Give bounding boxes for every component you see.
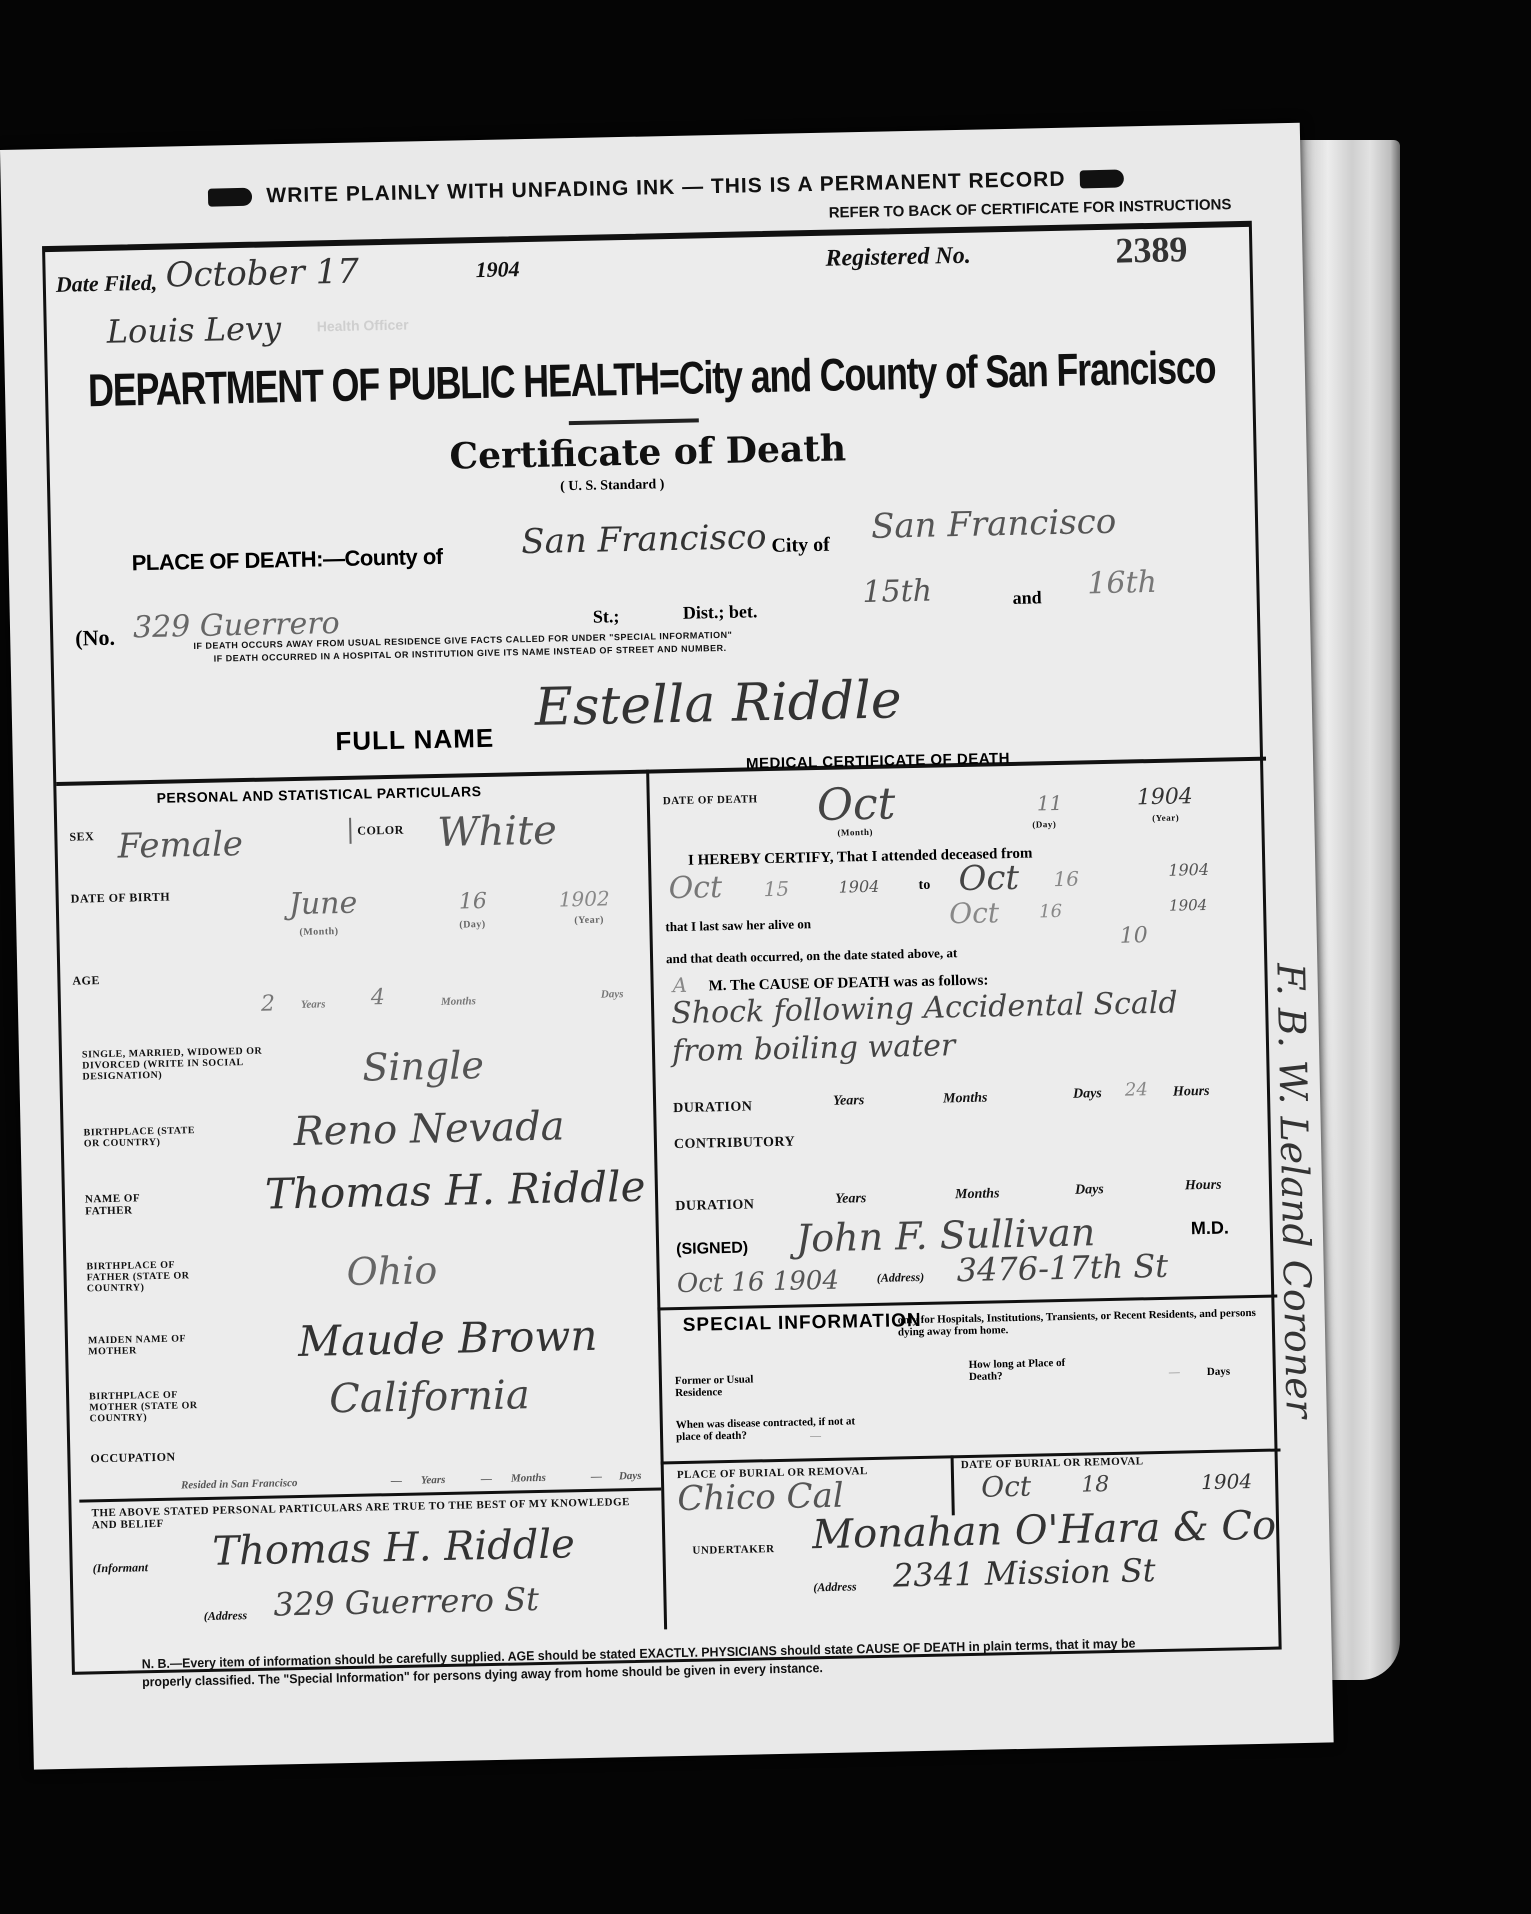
duration-2-hours-caption: Hours (1185, 1178, 1222, 1195)
special-heading: SPECIAL INFORMATION (683, 1310, 922, 1337)
date-filed-year: 1904 (475, 256, 520, 283)
color-value: White (437, 807, 557, 855)
contracted-value: — (810, 1430, 821, 1442)
mother-birthplace-value: California (329, 1372, 530, 1422)
dod-label: DATE OF DEATH (663, 793, 758, 807)
us-standard: ( U. S. Standard ) (560, 477, 665, 495)
color-label: COLOR (357, 823, 404, 839)
resided-months: — (481, 1473, 492, 1485)
burial-date-day: 18 (1081, 1472, 1110, 1498)
street-number-label: (No. (75, 625, 115, 652)
attended-from-day: 15 (763, 877, 789, 902)
health-officer-signature: Louis Levy (106, 309, 281, 351)
duration-2-days-caption: Days (1075, 1182, 1104, 1199)
city-label: City of (771, 534, 830, 558)
department-title: DEPARTMENT OF PUBLIC HEALTH=City and Cou… (87, 340, 1215, 418)
age-years-caption: Years (301, 998, 326, 1011)
duration-days-caption: Days (1073, 1086, 1102, 1103)
resided-days-caption: Days (619, 1470, 642, 1482)
duration-days-value: 24 (1125, 1079, 1148, 1100)
certificate-title: Certificate of Death (449, 427, 846, 477)
mother-birthplace-label: BIRTHPLACE OF MOTHER (State or Country) (89, 1389, 220, 1425)
burial-date-year: 1904 (1201, 1469, 1252, 1494)
age-months: 4 (371, 985, 386, 1010)
health-officer-label: Health Officer (317, 316, 409, 334)
undertaker-label: UNDERTAKER (692, 1543, 774, 1557)
date-filed-label: Date Filed, (56, 270, 158, 298)
street-label: St.; (593, 606, 620, 628)
age-label: AGE (72, 973, 100, 989)
sex-value: Female (117, 824, 243, 867)
district-label: Dist.; bet. (683, 601, 758, 624)
dob-label: DATE OF BIRTH (71, 890, 171, 907)
age-years: 2 (261, 991, 276, 1016)
attended-to-year: 1904 (1168, 860, 1209, 880)
section-divider (56, 757, 1266, 786)
and-label: and (1012, 587, 1041, 609)
attended-from-year: 1904 (838, 877, 879, 897)
burial-date-label: DATE of BURIAL or REMOVAL (961, 1455, 1144, 1471)
birthplace-value: Reno Nevada (293, 1103, 565, 1155)
last-saw-month: Oct (949, 896, 1000, 930)
pointing-hand-icon (1080, 170, 1124, 189)
birthplace-label: BIRTHPLACE (State or Country) (83, 1125, 203, 1150)
cause-of-death: Shock following Accidental Scald from bo… (671, 983, 1232, 1071)
attended-to-day: 16 (1053, 867, 1079, 892)
place-of-death-label: PLACE OF DEATH:—County of (131, 544, 442, 577)
personal-heading: PERSONAL AND STATISTICAL PARTICULARS (156, 783, 481, 806)
dod-month: Oct (816, 778, 895, 831)
father-value: Thomas H. Riddle (264, 1162, 646, 1219)
coroner-margin-note: F. B. W. Leland Coroner (1268, 963, 1322, 1419)
pointing-hand-icon (207, 188, 251, 207)
resided-years: — (391, 1475, 402, 1487)
occupation-label: OCCUPATION (90, 1450, 176, 1467)
father-birthplace-label: BIRTHPLACE OF FATHER (State or Country) (86, 1259, 217, 1295)
duration-hours-caption: Hours (1173, 1084, 1210, 1101)
full-name-label: FULL NAME (335, 723, 494, 757)
contributory-label: CONTRIBUTORY (674, 1135, 795, 1154)
last-saw-day: 16 (1039, 901, 1062, 922)
age-days-caption: Days (601, 988, 624, 1000)
last-saw-year: 1904 (1169, 896, 1208, 915)
resided-months-caption: Months (511, 1472, 546, 1485)
dob-year-caption: (Year) (574, 915, 604, 927)
death-time-label: and that death occurred, on the date sta… (666, 945, 957, 967)
duration-2-years-caption: Years (835, 1191, 866, 1208)
sex-label: SEX (69, 829, 94, 845)
mother-label: MAIDEN NAME OF MOTHER (88, 1333, 218, 1358)
informant-address-label: (Address (204, 1608, 248, 1624)
death-certificate-page: WRITE PLAINLY WITH UNFADING INK — THIS I… (0, 123, 1334, 1770)
signed-label: (SIGNED) (676, 1240, 748, 1260)
dob-month: June (289, 886, 358, 922)
dod-day-caption: (Day) (1032, 819, 1056, 830)
dob-year: 1902 (559, 886, 610, 911)
resided-days: — (591, 1471, 602, 1483)
duration-months-caption: Months (943, 1091, 988, 1108)
date-filed-value: October 17 (165, 252, 359, 296)
informant-label: (Informant (93, 1560, 149, 1576)
dob-month-caption: (Month) (299, 926, 338, 938)
how-long-days-caption: Days (1207, 1366, 1230, 1378)
full-name-value: Estella Riddle (534, 670, 902, 738)
death-time-value: 10 (1119, 923, 1148, 949)
duration-label: DURATION (673, 1099, 753, 1117)
marital-label: SINGLE, MARRIED, WIDOWED OR DIVORCED (Wr… (82, 1045, 283, 1082)
dob-day-caption: (Day) (459, 919, 486, 931)
burial-column-divider (951, 1455, 955, 1515)
resided-label: Resided in San Francisco (181, 1477, 298, 1491)
resided-years-caption: Years (421, 1474, 446, 1487)
signed-date: Oct 16 1904 (677, 1266, 840, 1299)
father-label: NAME OF FATHER (85, 1192, 175, 1218)
physician-address: 3476-17th St (956, 1247, 1168, 1289)
duration-years-caption: Years (833, 1093, 864, 1110)
dod-year-caption: (Year) (1152, 812, 1179, 823)
last-saw-label: that I last saw her alive on (665, 916, 811, 935)
duration-2-label: DURATION (675, 1197, 755, 1215)
attended-to-month: Oct (958, 858, 1019, 899)
registered-number: 2389 (1115, 228, 1188, 271)
undertaker-address-value: 2341 Mission St (893, 1551, 1156, 1594)
dod-month-caption: (Month) (837, 827, 873, 838)
dod-day: 11 (1037, 791, 1063, 816)
meridiem-value: A (672, 973, 687, 997)
city-value: San Francisco (871, 502, 1117, 547)
attended-from-month: Oct (668, 870, 722, 906)
informant-value: Thomas H. Riddle (212, 1521, 575, 1575)
dob-day: 16 (459, 889, 488, 915)
between-street-1: 15th (862, 574, 932, 610)
physician-address-label: (Address) (877, 1270, 925, 1286)
father-birthplace-value: Ohio (346, 1248, 438, 1294)
dod-year: 1904 (1137, 784, 1194, 810)
certificate-frame: Date Filed, October 17 1904 Registered N… (42, 221, 1282, 1675)
mother-value: Maude Brown (298, 1311, 598, 1366)
sex-color-divider (349, 818, 352, 844)
age-months-caption: Months (441, 995, 476, 1008)
how-long-label: How long at Place of Death? (969, 1357, 1079, 1383)
registered-label: Registered No. (825, 243, 971, 273)
informant-address-value: 329 Guerrero St (273, 1580, 539, 1624)
medical-heading: MEDICAL CERTIFICATE OF DEATH (746, 750, 1010, 773)
md-label: M.D. (1191, 1218, 1229, 1240)
to-label: to (918, 878, 930, 894)
marital-value: Single (362, 1043, 485, 1090)
undertaker-value: Monahan O'Hara & Co (812, 1503, 1277, 1559)
county-value: San Francisco (521, 517, 767, 562)
special-heading-note: only for Hospitals, Institutions, Transi… (898, 1307, 1268, 1339)
undertaker-address-label: (Address (813, 1579, 857, 1595)
burial-date-month: Oct (981, 1470, 1032, 1504)
between-street-2: 16th (1087, 565, 1157, 601)
how-long-value: — (1169, 1367, 1180, 1379)
contracted-label: When was disease contracted, if not at p… (676, 1415, 866, 1443)
duration-2-months-caption: Months (955, 1186, 1000, 1203)
former-residence-label: Former or Usual Residence (675, 1373, 785, 1399)
title-rule (569, 418, 699, 425)
